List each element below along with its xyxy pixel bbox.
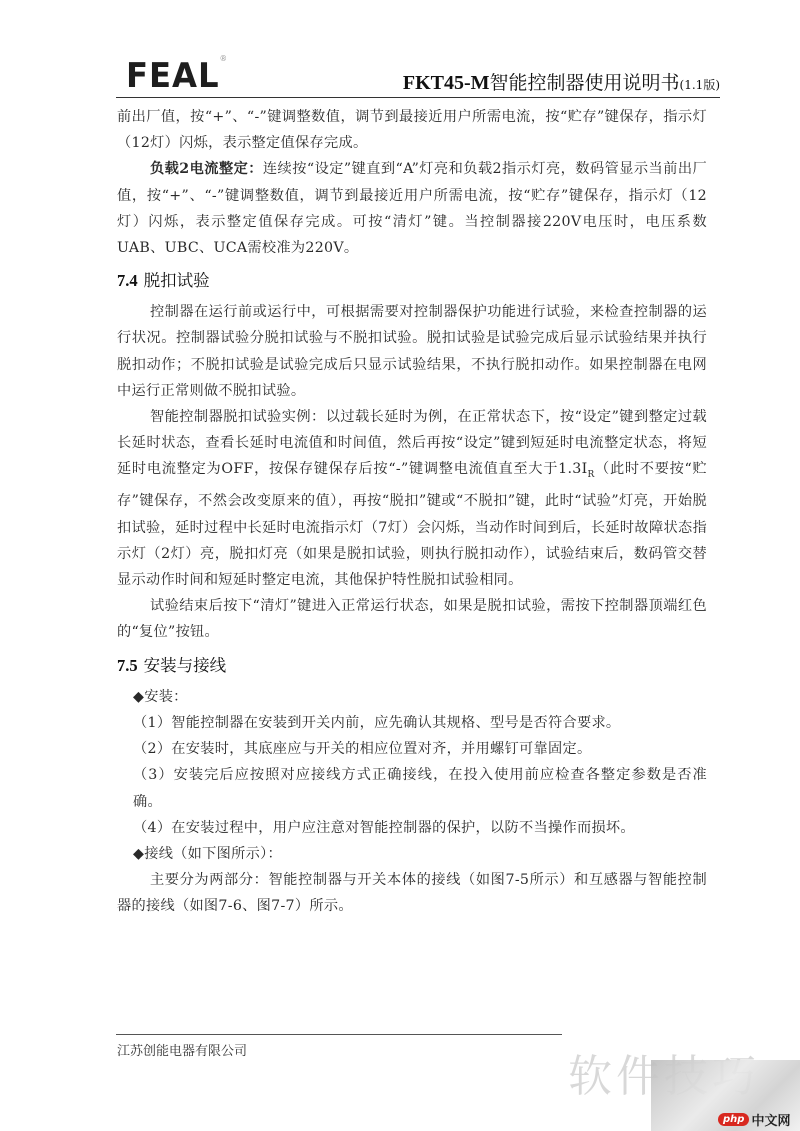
version-label: (1.1版) [680,78,720,92]
paragraph-wiring: 主要分为两部分：智能控制器与开关本体的接线（如图7-5所示）和互感器与智能控制器… [117,867,707,919]
logo-text: FEAL [126,56,220,96]
section-title: 脱扣试验 [144,271,210,290]
site-name: 中文网 [751,1110,790,1129]
section-heading-7-4: 7.4脱扣试验 [117,267,707,295]
section-number: 7.4 [117,271,138,290]
footer-divider [116,1034,562,1035]
php-logo-icon: php [718,1113,749,1126]
install-item: （2）在安装时，其底座应与开关的相应位置对齐，并用螺钉可靠固定。 [117,736,707,762]
paragraph-load2-setting: 负载2电流整定：连续按“设定”键直到“A”灯亮和负载2指示灯亮，数码管显示当前出… [117,156,707,261]
document-body: 前出厂值，按“+”、“-”键调整数值，调节到最接近用户所需电流，按“贮存”键保存… [117,104,707,920]
paragraph-text: （此时不要按“贮存”键保存，不然会改变原来的值），再按“脱扣”键或“不脱扣”键，… [117,461,707,588]
paragraph-lead: 负载2电流整定： [150,161,263,177]
site-badge: php 中文网 [718,1110,790,1129]
model-number: FKT45-M [403,72,490,94]
wiring-label: ◆接线（如下图所示）： [117,841,707,867]
title-text: 智能控制器使用说明书 [490,72,680,94]
paragraph-load1-continued: 前出厂值，按“+”、“-”键调整数值，调节到最接近用户所需电流，按“贮存”键保存… [117,104,707,156]
brand-logo: FEAL® [126,56,228,96]
registered-mark: ® [220,54,229,63]
install-label: ◆安装： [117,684,707,710]
subscript: R [588,470,595,480]
install-item: （1）智能控制器在安装到开关内前，应先确认其规格、型号是否符合要求。 [117,710,707,736]
install-item: （3）安装完后应按照对应接线方式正确接线，在投入使用前应检查各整定参数是否准确。 [117,762,707,814]
header-divider [116,97,720,98]
paragraph-after-test: 试验结束后按下“清灯”键进入正常运行状态，如果是脱扣试验，需按下控制器顶端红色的… [117,593,707,645]
section-number: 7.5 [117,656,138,675]
paragraph-trip-test-example: 智能控制器脱扣试验实例：以过载长延时为例，在正常状态下，按“设定”键到整定过载长… [117,404,707,593]
footer-company: 江苏创能电器有限公司 [117,1040,247,1059]
install-item: （4）在安装过程中，用户应注意对智能控制器的保护，以防不当操作而损坏。 [117,815,707,841]
document-title: FKT45-M智能控制器使用说明书(1.1版) [403,68,720,95]
section-title: 安装与接线 [144,656,227,675]
section-heading-7-5: 7.5安装与接线 [117,652,707,680]
paragraph-trip-test-intro: 控制器在运行前或运行中，可根据需要对控制器保护功能进行试验，来检查控制器的运行状… [117,299,707,404]
